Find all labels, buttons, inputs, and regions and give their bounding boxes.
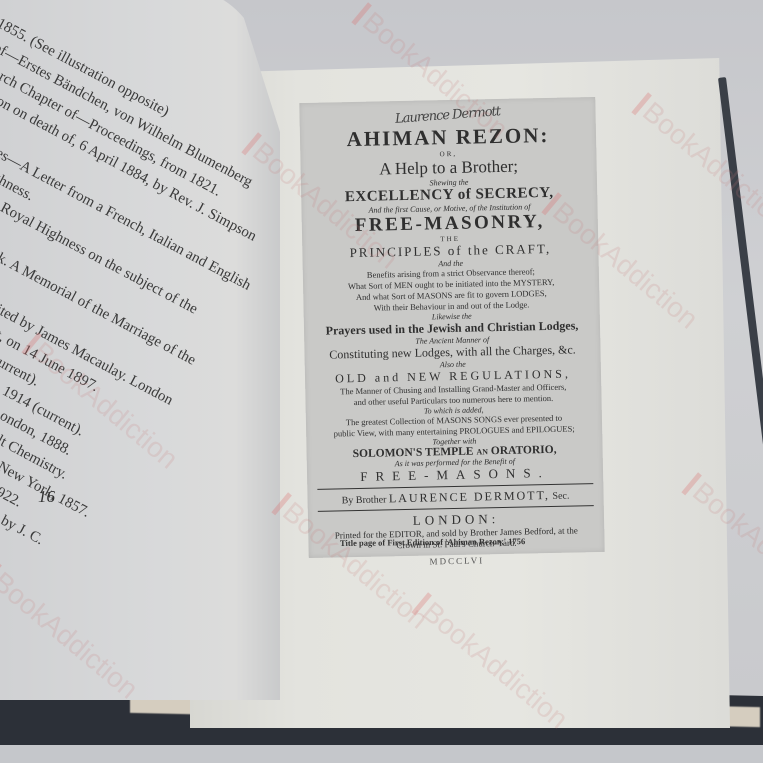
table-surface	[0, 745, 763, 763]
plate-text: By Brother	[342, 494, 387, 506]
plate-caption: Title page of First Edition of 'Ahiman R…	[340, 536, 525, 548]
title-page-plate: Laurence Dermott AHIMAN REZON: OR, A Hel…	[299, 97, 604, 558]
page-number: 16	[38, 487, 55, 507]
plate-author-line: By Brother LAURENCE DERMOTT, Sec.	[317, 487, 593, 508]
plate-author: LAURENCE DERMOTT,	[389, 488, 550, 505]
plate-text: Sec.	[552, 491, 569, 502]
